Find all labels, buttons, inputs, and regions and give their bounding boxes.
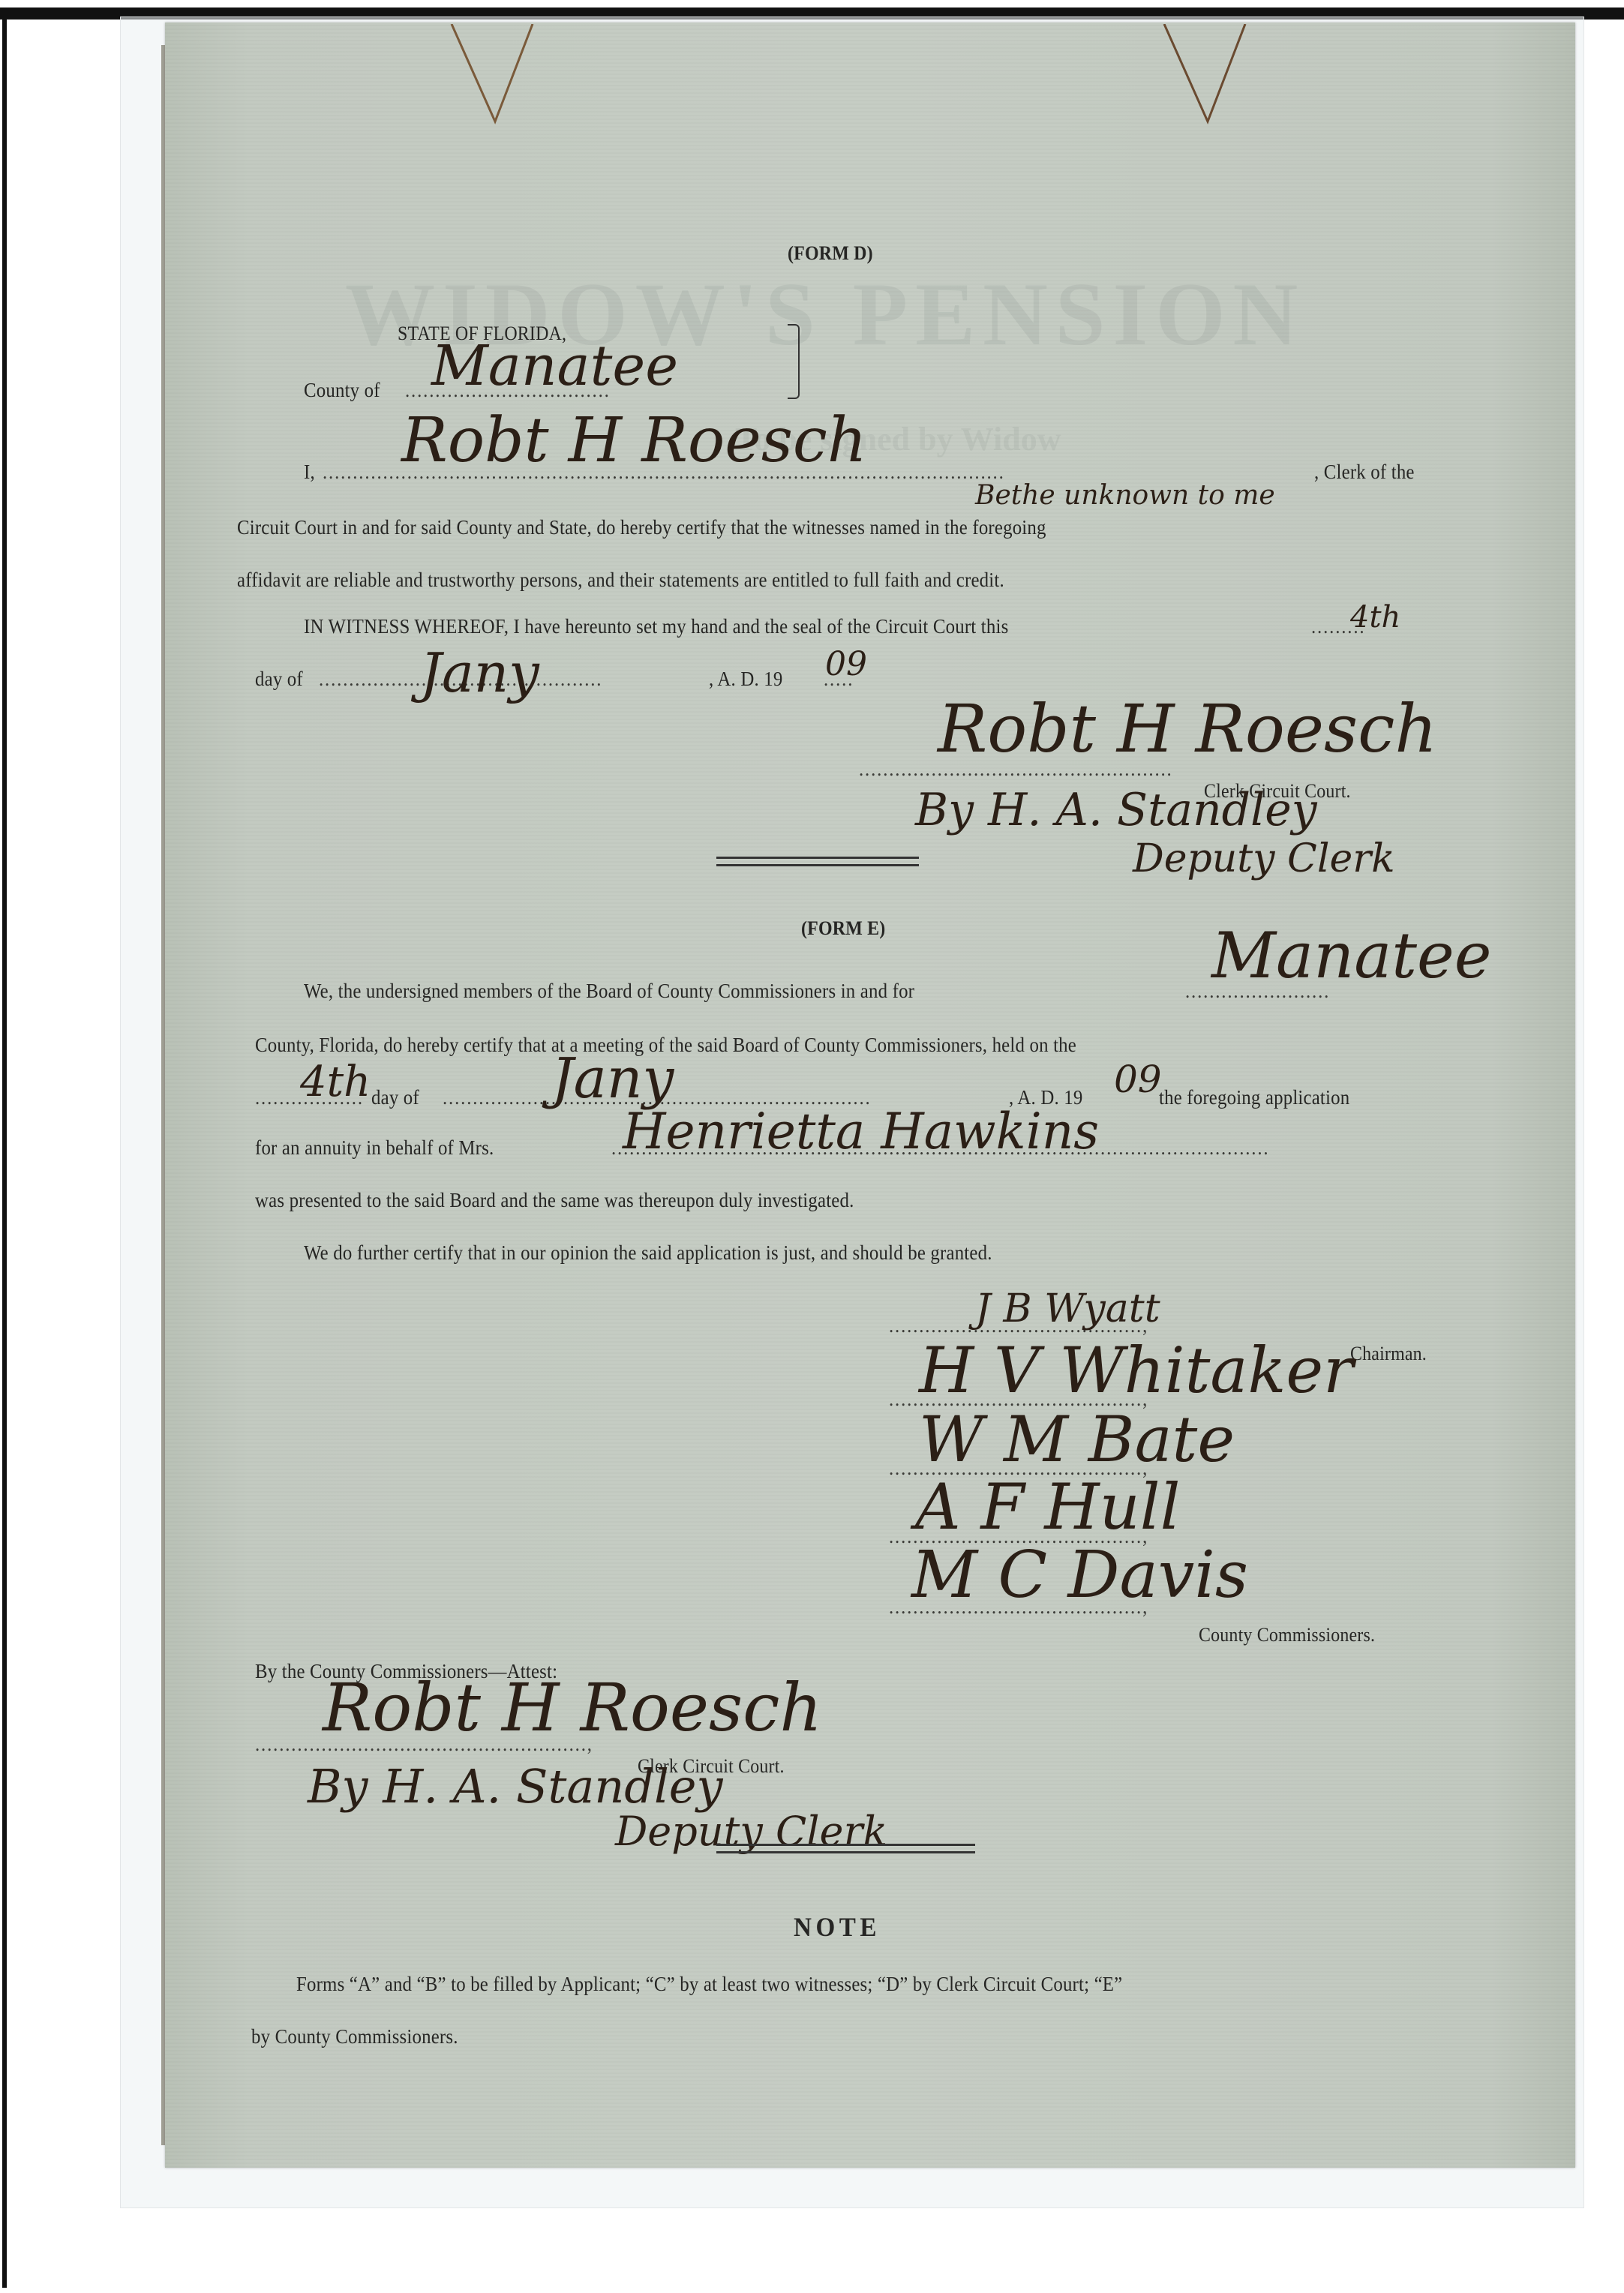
double-rule-top-2 xyxy=(716,1844,975,1846)
witness-line: IN WITNESS WHEREOF, I have hereunto set … xyxy=(304,615,1008,638)
scanner-frame-left xyxy=(2,8,7,2288)
form-e-line5: was presented to the said Board and the … xyxy=(255,1189,854,1212)
deputy-signature: By H. A. Standley xyxy=(915,784,1317,836)
commissioner-3-signature: W M Bate xyxy=(919,1403,1235,1476)
form-e-year-handwritten: 09 xyxy=(1114,1058,1162,1101)
commissioner-2-signature: H V Whitaker xyxy=(919,1334,1353,1407)
form-e-day-handwritten: 4th xyxy=(300,1058,371,1106)
brace xyxy=(788,324,800,399)
clerk-of-the: , Clerk of the xyxy=(1314,461,1415,484)
commissioner-4-signature: A F Hull xyxy=(915,1470,1180,1544)
double-rule-bottom xyxy=(716,864,919,866)
commissioner-1-signature: J B Wyatt xyxy=(975,1286,1160,1331)
form-d-line3: affidavit are reliable and trustworthy p… xyxy=(237,569,1004,592)
form-e-line4: for an annuity in behalf of Mrs. xyxy=(255,1136,494,1160)
clerk-signature: Robt H Roesch xyxy=(938,690,1437,767)
attest-deputy-signature: By H. A. Standley xyxy=(308,1759,723,1814)
form-d-heading: (FORM D) xyxy=(788,242,873,265)
i-label: I, xyxy=(304,461,315,484)
month-handwritten: Jany xyxy=(420,641,539,704)
county-handwritten: Manatee xyxy=(431,334,678,398)
chairman-title: Chairman. xyxy=(1350,1343,1427,1365)
form-e-line6: We do further certify that in our opinio… xyxy=(304,1241,992,1265)
form-e-month-handwritten: Jany xyxy=(551,1046,674,1111)
ad-label: , A. D. 19 xyxy=(709,668,782,691)
double-rule-top xyxy=(716,857,919,859)
day-handwritten: 4th xyxy=(1350,600,1400,635)
clerk-name-handwritten: Robt H Roesch xyxy=(401,405,867,476)
form-d-line2: Circuit Court in and for said County and… xyxy=(237,516,1046,539)
note-heading: NOTE xyxy=(794,1911,881,1943)
interlinear-note-handwritten: Bethe unknown to me xyxy=(975,480,1275,511)
attest-signature: Robt H Roesch xyxy=(323,1669,822,1746)
county-commissioners-title: County Commissioners. xyxy=(1199,1624,1375,1646)
applicant-name-handwritten: Henrietta Hawkins xyxy=(623,1103,1099,1160)
attest-deputy-title-handwritten: Deputy Clerk xyxy=(615,1808,887,1855)
form-e-county-handwritten: Manatee xyxy=(1211,919,1491,992)
day-of-label: day of xyxy=(255,668,303,691)
note-line2: by County Commissioners. xyxy=(251,2025,458,2048)
form-e-line1: We, the undersigned members of the Board… xyxy=(304,980,914,1003)
year-handwritten: 09 xyxy=(825,645,867,683)
form-e-heading: (FORM E) xyxy=(801,917,885,940)
form-e-line3-suffix: the foregoing application xyxy=(1159,1086,1349,1109)
commissioner-5-signature: M C Davis xyxy=(911,1538,1248,1613)
note-line1: Forms “A” and “B” to be filled by Applic… xyxy=(296,1973,1122,1996)
deputy-title-handwritten: Deputy Clerk xyxy=(1133,836,1395,881)
form-e-day-of-label: day of xyxy=(371,1086,419,1109)
county-label: County of xyxy=(304,379,380,402)
double-rule-bottom-2 xyxy=(716,1851,975,1853)
